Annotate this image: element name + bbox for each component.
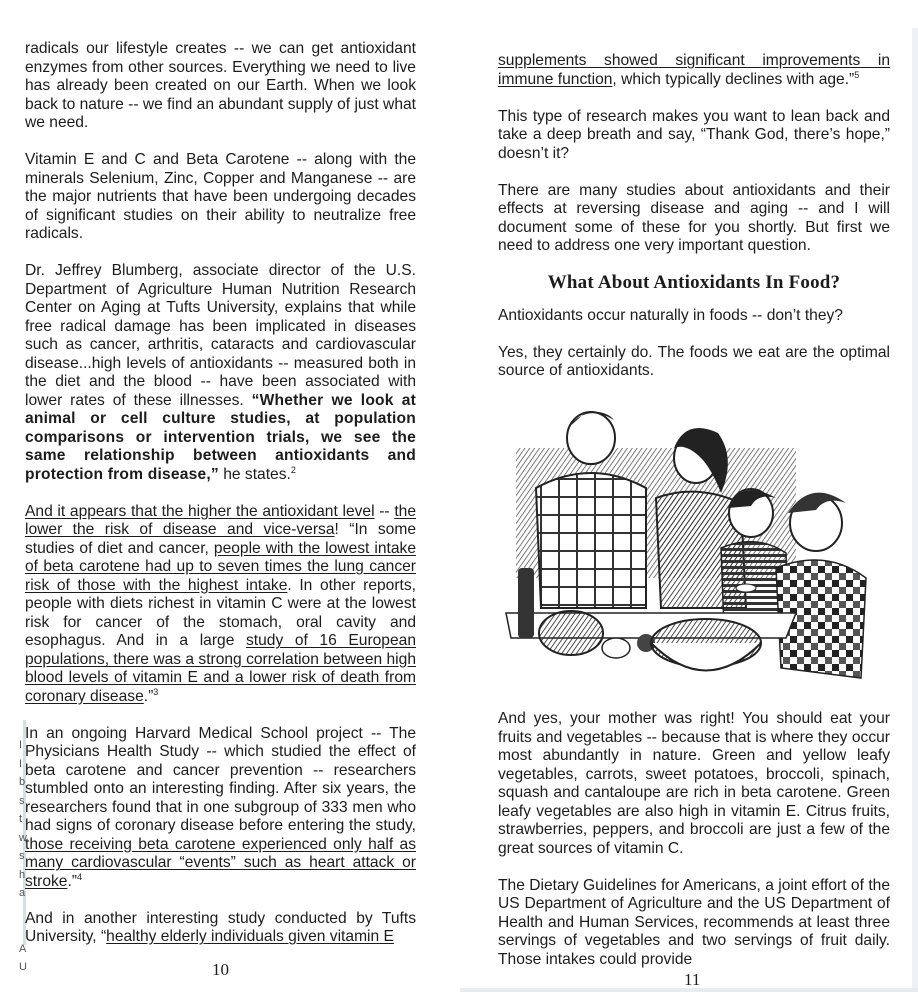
section-heading: What About Antioxidants In Food? (498, 274, 890, 293)
text-segment: Yes, they certainly do. The foods we eat… (498, 344, 890, 380)
text-segment: -- (375, 503, 395, 520)
paragraph-p6: And in another interesting study conduct… (25, 910, 416, 947)
footnote-ref: 5 (854, 69, 859, 79)
paragraph-r2: This type of research makes you want to … (498, 108, 890, 164)
illustration-svg (496, 398, 876, 698)
paragraph-r4: Antioxidants occur naturally in foods --… (498, 307, 890, 326)
paragraph-p3: Dr. Jeffrey Blumberg, associate director… (25, 262, 416, 484)
right-page-body: supplements showed significant improveme… (498, 52, 890, 399)
footnote-ref: 4 (77, 871, 82, 881)
left-page-body: radicals our lifestyle creates -- we can… (25, 40, 416, 965)
text-segment: those receiving beta carotene experience… (25, 836, 416, 890)
text-segment: Dr. Jeffrey Blumberg, associate director… (25, 262, 416, 409)
text-segment: There are many studies about antioxidant… (498, 182, 890, 255)
right-page: supplements showed significant improveme… (460, 0, 918, 992)
page-edge-shadow (912, 28, 918, 992)
paragraph-p5: In an ongoing Harvard Medical School pro… (25, 725, 416, 892)
family-cooking-illustration (496, 398, 876, 698)
paragraph-r6: And yes, your mother was right! You shou… (498, 710, 890, 858)
page-number: 11 (684, 970, 700, 990)
text-segment: .” (144, 688, 154, 705)
paragraph-r3: There are many studies about antioxidant… (498, 182, 890, 256)
paragraph-p1: radicals our lifestyle creates -- we can… (25, 40, 416, 133)
left-page: IIbstwshaAU radicals our lifestyle creat… (0, 0, 460, 992)
page-bottom-edge (460, 988, 918, 992)
text-segment: In an ongoing Harvard Medical School pro… (25, 725, 416, 835)
text-segment: This type of research makes you want to … (498, 108, 890, 162)
paragraph-r7: The Dietary Guidelines for Americans, a … (498, 877, 890, 970)
paragraph-p2: Vitamin E and C and Beta Carotene -- alo… (25, 151, 416, 244)
paragraph-p4: And it appears that the higher the antio… (25, 503, 416, 707)
text-segment: healthy elderly individuals given vitami… (106, 928, 394, 945)
text-segment: Antioxidants occur naturally in foods --… (498, 307, 843, 324)
paragraph-r5: Yes, they certainly do. The foods we eat… (498, 344, 890, 381)
text-segment: he states. (219, 466, 291, 483)
right-page-body-lower: And yes, your mother was right! You shou… (498, 710, 890, 988)
text-segment: Vitamin E and C and Beta Carotene -- alo… (25, 151, 416, 242)
text-segment: .” (67, 873, 77, 890)
text-segment: The Dietary Guidelines for Americans, a … (498, 877, 890, 968)
page-number: 10 (212, 960, 229, 980)
footnote-ref: 3 (153, 686, 158, 696)
paragraph-r1: supplements showed significant improveme… (498, 52, 890, 89)
text-segment: And yes, your mother was right! You shou… (498, 710, 890, 857)
text-segment: And it appears that the higher the antio… (25, 503, 375, 520)
text-segment: , which typically declines with age.” (612, 71, 854, 88)
text-segment: radicals our lifestyle creates -- we can… (25, 40, 416, 131)
footnote-ref: 2 (291, 464, 296, 474)
